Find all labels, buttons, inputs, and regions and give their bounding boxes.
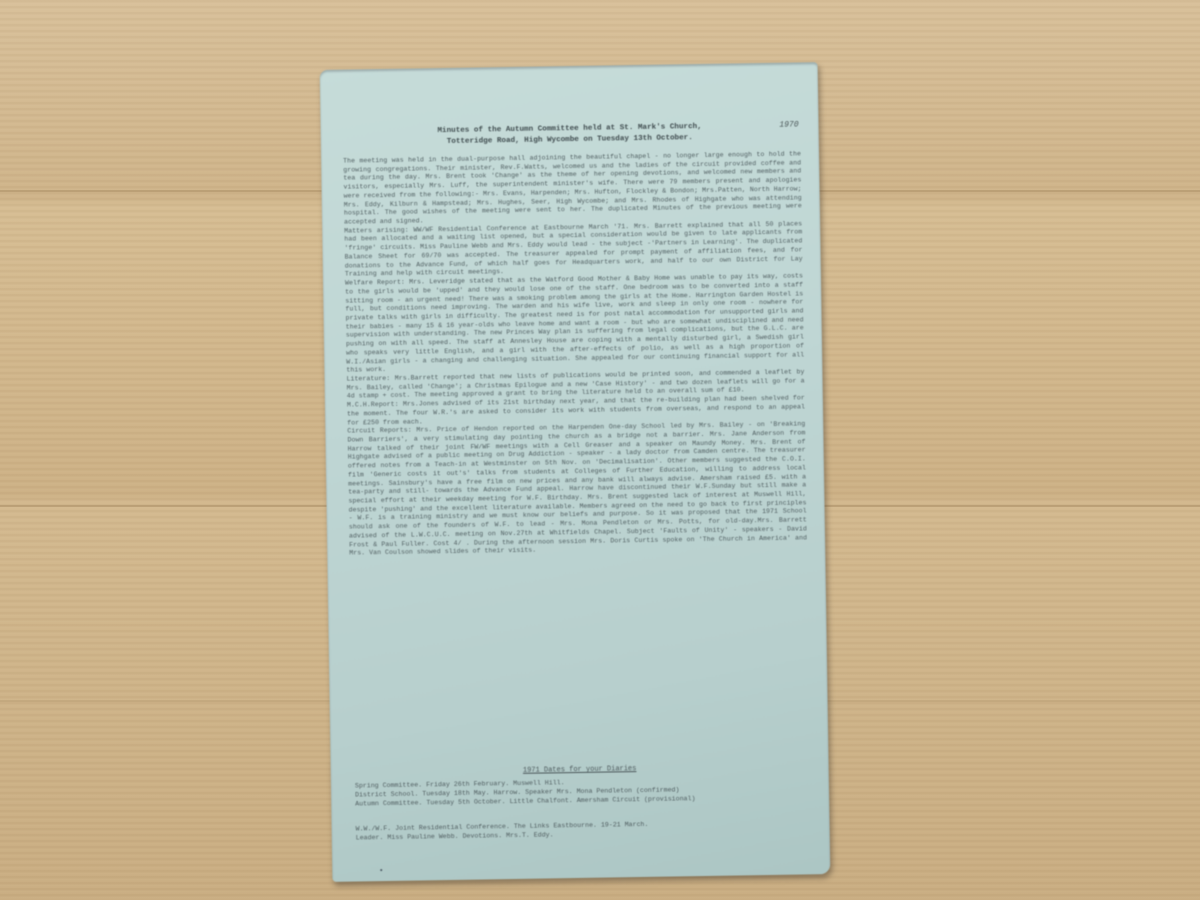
handwritten-date: 1970 [779,120,798,129]
conference-note: W.W./W.F. Joint Residential Conference. … [356,818,812,843]
minutes-sheet: Minutes of the Autumn Committee held at … [320,62,831,882]
paragraph-opening: The meeting was held in the dual-purpose… [343,150,802,227]
document-title: Minutes of the Autumn Committee held at … [321,120,819,150]
paragraph-welfare-report: Welfare Report: Mrs. Leveridge stated th… [345,272,804,375]
paragraph-matters-arising: Matters arising: WW/WF Residential Confe… [344,220,803,279]
paragraph-circuit-reports: Circuit Reports: Mrs. Price of Hendon re… [347,421,807,559]
ink-speck [380,869,382,871]
dates-list: Spring Committee. Friday 26th February. … [355,775,811,809]
minutes-body: The meeting was held in the dual-purpose… [343,150,807,558]
